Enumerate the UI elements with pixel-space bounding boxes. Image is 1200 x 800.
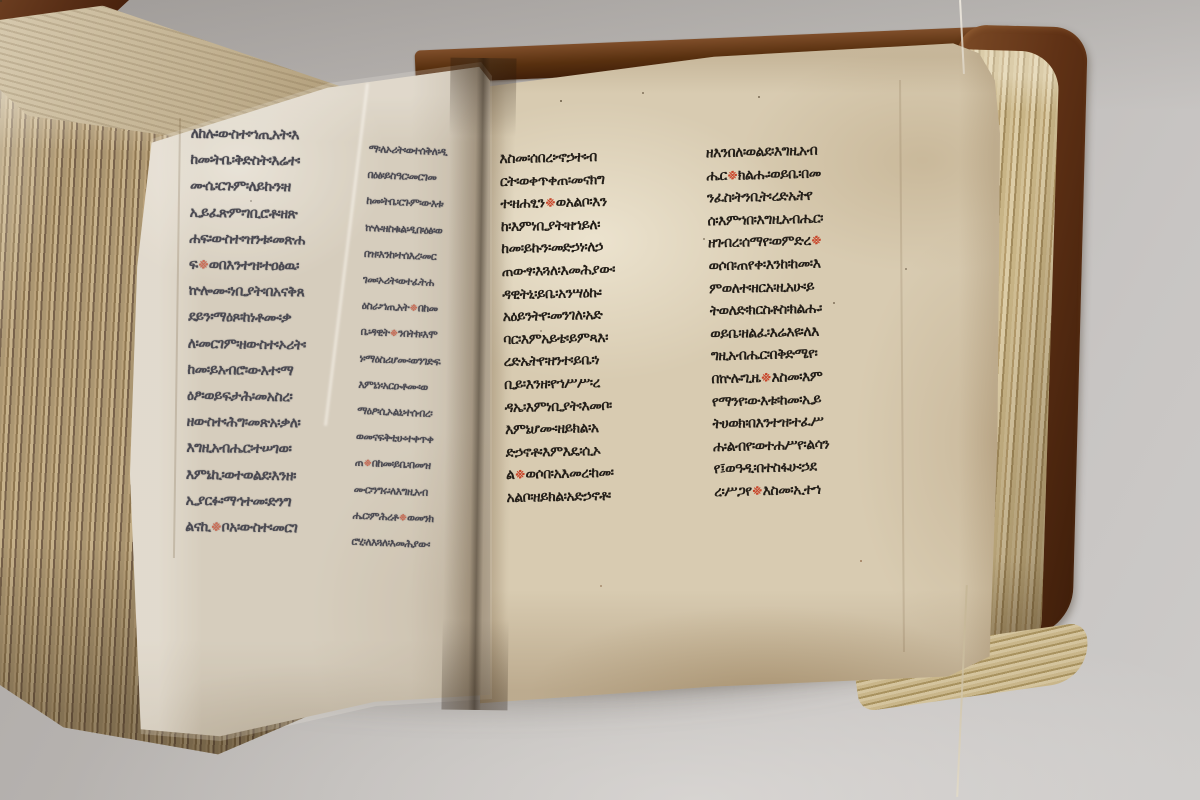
text-line: እግዚአብሔር፡ተሠገወ፡ xyxy=(186,435,364,464)
text-line: ልናኪ፠ቦአ፡ውስተ፡መርገ xyxy=(185,514,363,543)
rubric-cross-mark: ፠ xyxy=(363,457,372,469)
text-line: ከመ፡ይአብሮ፡ውእተ፡ማ xyxy=(187,357,365,386)
rubric-cross-mark: ፠ xyxy=(751,483,762,499)
text-line: ኵሎሙ፡ነቢያት፡በአናቅጸ xyxy=(188,278,366,307)
rubric-cross-mark: ፠ xyxy=(514,467,525,483)
left-page-column-a: ለከሉ፡ውስተ፡ኀጢአት፡እከመ፡ትቤ፡ቅድስት፡እሬተ፡ሙሴ፡ርጉም፡ለይኩን… xyxy=(185,121,369,543)
manuscript-photograph: ለከሉ፡ውስተ፡ኀጢአት፡እከመ፡ትቤ፡ቅድስት፡እሬተ፡ሙሴ፡ርጉም፡ለይኩን… xyxy=(0,0,1200,800)
rubric-cross-mark: ፠ xyxy=(544,195,555,211)
text-line: ከመ፡ትቤ፡ርጉም፡ውእቱ xyxy=(366,188,469,219)
rubric-cross-mark: ፠ xyxy=(727,167,738,183)
text-line: ቤ፡ዳዊት፠ንበትክ፡እሞ xyxy=(360,319,463,350)
rubric-cross-mark: ፠ xyxy=(398,511,407,523)
text-line: ለከሉ፡ውስተ፡ኀጢአት፡እ xyxy=(191,121,369,150)
text-line: ለ፡መርገም፡ዘውስተ፡ኦሪት፡ xyxy=(188,330,366,359)
text-line: አልቦ፡ዘይክል፡አድኃኖቶ፡ xyxy=(506,483,702,510)
text-line: ኢይፈጽም፡ገቢሮቶ፡ዘጽ xyxy=(189,199,367,228)
rubric-cross-mark: ፠ xyxy=(760,370,771,386)
text-line: ኵሉ፡ዘስቁል፡ዲበ፡ዕፅ፡ወ xyxy=(365,215,468,246)
text-line: ጠ፠በከመ፡ይቤ፡በመዝ xyxy=(354,450,457,481)
text-line: ኢያርፉ፡ማኅተመ፡ድንግ xyxy=(185,488,363,517)
left-page-column-b: ማ፡ለኦሪት፡ወተሰቅለ፡ዲበዕፅ፡ይስዓር፡መርገመከመ፡ትቤ፡ርጉም፡ውእቱ… xyxy=(351,136,471,559)
text-line: ረ፡ሥጋየ፠እስመ፡ኢተኀ xyxy=(714,477,902,504)
right-page-column-a: እስመ፡ሰበረ፡ኆኃተ፡ብርት፡ወቀጥቀጠ፡መናክግተ፡ዘሐፂን፠ወአልቦ፡እን… xyxy=(499,144,703,510)
text-line: ሙሴ፡ርጉም፡ለይኩን፡ዘ xyxy=(190,173,368,202)
text-line: ከመ፡ትቤ፡ቅድስት፡እሬተ፡ xyxy=(190,147,368,176)
text-line: ሐፍ፡ውስተ፡ዝንቱ፡መጽሐ xyxy=(189,226,367,255)
rubric-cross-mark: ፠ xyxy=(198,257,209,273)
text-line: ደይን፡ማዕጾ፡ከነቶሙ፡ቃ xyxy=(188,304,366,333)
rubric-cross-mark: ፠ xyxy=(409,302,418,314)
rubric-cross-mark: ፠ xyxy=(389,327,398,339)
text-line: ዘውስተ፡ሕግ፡መጽአ፡ቃለ፡ xyxy=(187,409,365,438)
text-line: ሮሂ፡ለእጓለ፡እመሕያው፡ xyxy=(351,529,454,560)
right-page-column-b: ዘእንበለ፡ወልደ፡እግዚአብሔር፠ክልሑ፡ወይቤ፡በመንፈስ፡ትንቢት፡ረድኤ… xyxy=(706,138,903,504)
text-line: ዕፆ፡ወይፍታሕ፡መአስረ፡ xyxy=(187,383,365,412)
rubric-cross-mark: ፠ xyxy=(210,519,221,535)
rubric-cross-mark: ፠ xyxy=(811,233,822,249)
text-line: ፍ፠ወበእንተዝ፡ተዐፅዉ፡ xyxy=(189,252,367,281)
text-line: እምኔኪ፡ወተወልደ፡እንዘ፡ xyxy=(186,461,364,490)
parchment-specks xyxy=(0,0,2,2)
